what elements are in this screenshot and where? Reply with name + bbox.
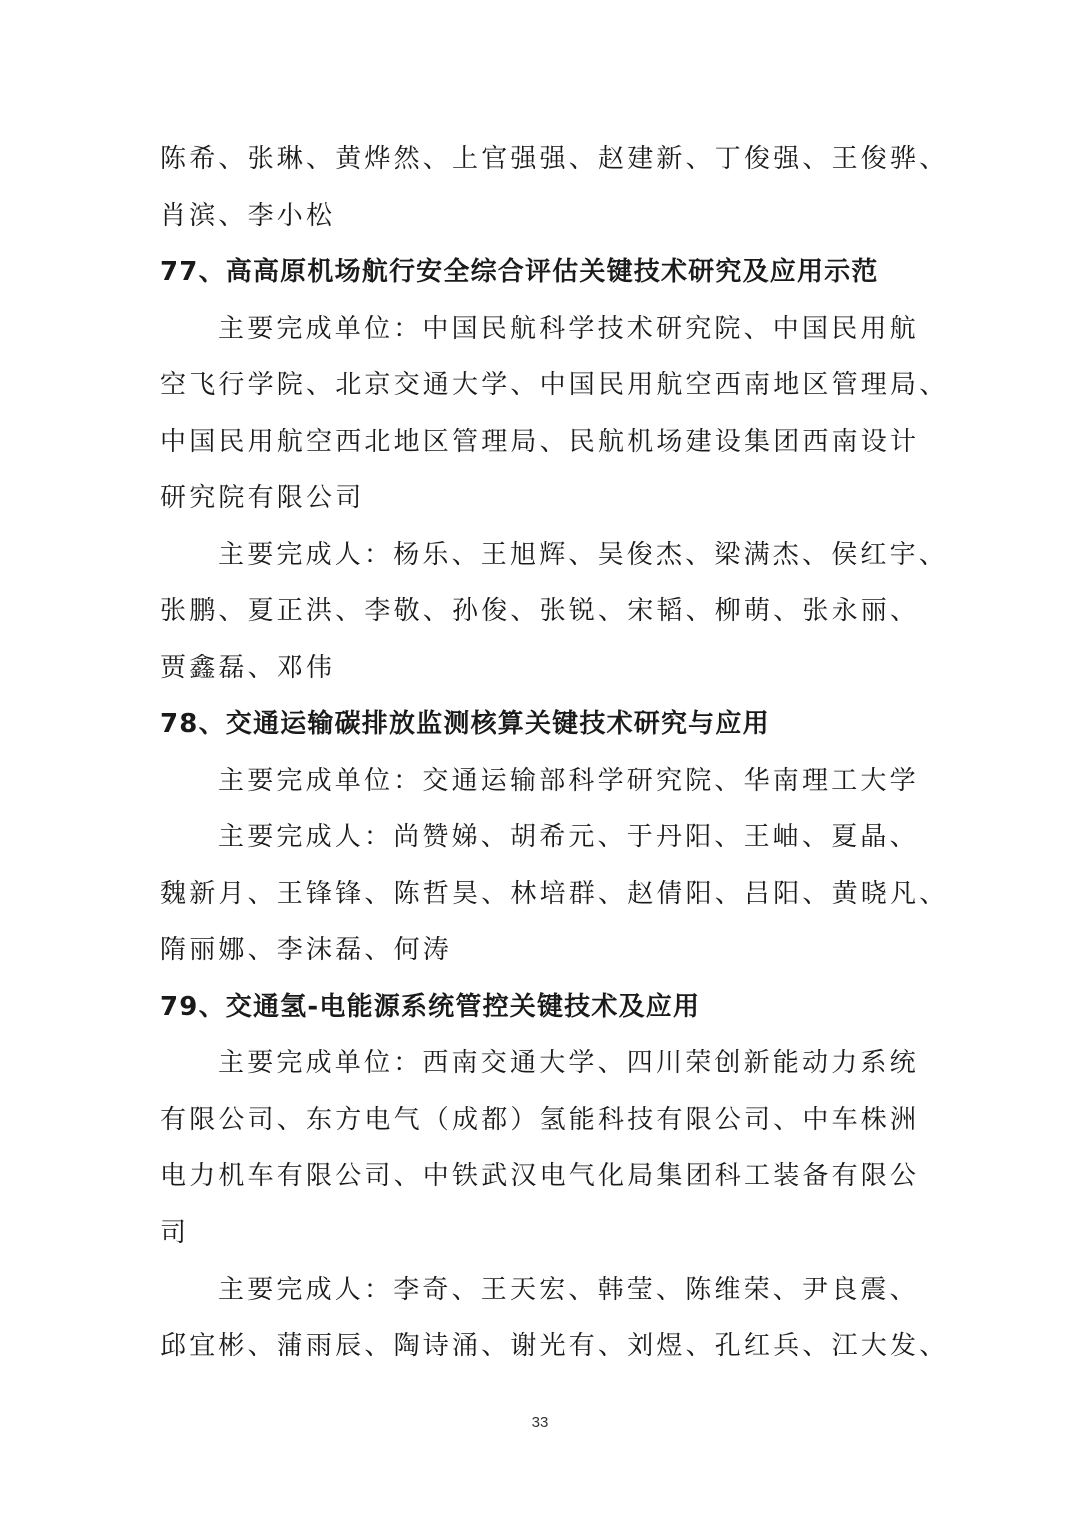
section-78-title: 78、交通运输碳排放监测核算关键技术研究与应用: [160, 704, 922, 744]
section-77-units-line-3: 中国民用航空西北地区管理局、民航机场建设集团西南设计: [160, 422, 922, 462]
section-78-people-line-3: 隋丽娜、李沫磊、何涛: [160, 930, 922, 970]
section-78-people-line-1: 主要完成人：尚赞娣、胡希元、于丹阳、王岫、夏晶、: [218, 817, 922, 857]
section-77-units-line-4: 研究院有限公司: [160, 478, 922, 518]
section-79-people-line-1: 主要完成人：李奇、王天宏、韩莹、陈维荣、尹良震、: [218, 1270, 922, 1310]
section-78-people-line-2: 魏新月、王锋锋、陈哲昊、林培群、赵倩阳、吕阳、黄晓凡、: [160, 874, 922, 914]
section-77-units-line-1: 主要完成单位：中国民航科学技术研究院、中国民用航: [218, 309, 922, 349]
section-77-people-line-2: 张鹏、夏正洪、李敬、孙俊、张锐、宋韬、柳萌、张永丽、: [160, 591, 922, 631]
continued-people-line-2: 肖滨、李小松: [160, 196, 922, 236]
section-78-units-line-1: 主要完成单位：交通运输部科学研究院、华南理工大学: [218, 761, 922, 801]
section-79-units-line-2: 有限公司、东方电气（成都）氢能科技有限公司、中车株洲: [160, 1100, 922, 1140]
section-79-units-line-1: 主要完成单位：西南交通大学、四川荣创新能动力系统: [218, 1043, 922, 1083]
section-77-people-line-1: 主要完成人：杨乐、王旭辉、吴俊杰、梁满杰、侯红宇、: [218, 535, 922, 575]
section-79-units-line-3: 电力机车有限公司、中铁武汉电气化局集团科工装备有限公: [160, 1156, 922, 1196]
section-79-units-line-4: 司: [160, 1213, 922, 1253]
continued-people-line-1: 陈希、张琳、黄烨然、上官强强、赵建新、丁俊强、王俊骅、: [160, 139, 922, 179]
section-77-title: 77、高高原机场航行安全综合评估关键技术研究及应用示范: [160, 252, 922, 292]
section-77-people-line-3: 贾鑫磊、邓伟: [160, 648, 922, 688]
page-number: 33: [520, 1414, 560, 1431]
section-79-people-line-2: 邱宜彬、蒲雨辰、陶诗涌、谢光有、刘煜、孔红兵、江大发、: [160, 1326, 922, 1366]
section-79-title: 79、交通氢-电能源系统管控关键技术及应用: [160, 987, 922, 1027]
section-77-units-line-2: 空飞行学院、北京交通大学、中国民用航空西南地区管理局、: [160, 365, 922, 405]
document-page: 陈希、张琳、黄烨然、上官强强、赵建新、丁俊强、王俊骅、 肖滨、李小松 77、高高…: [0, 0, 1080, 1527]
